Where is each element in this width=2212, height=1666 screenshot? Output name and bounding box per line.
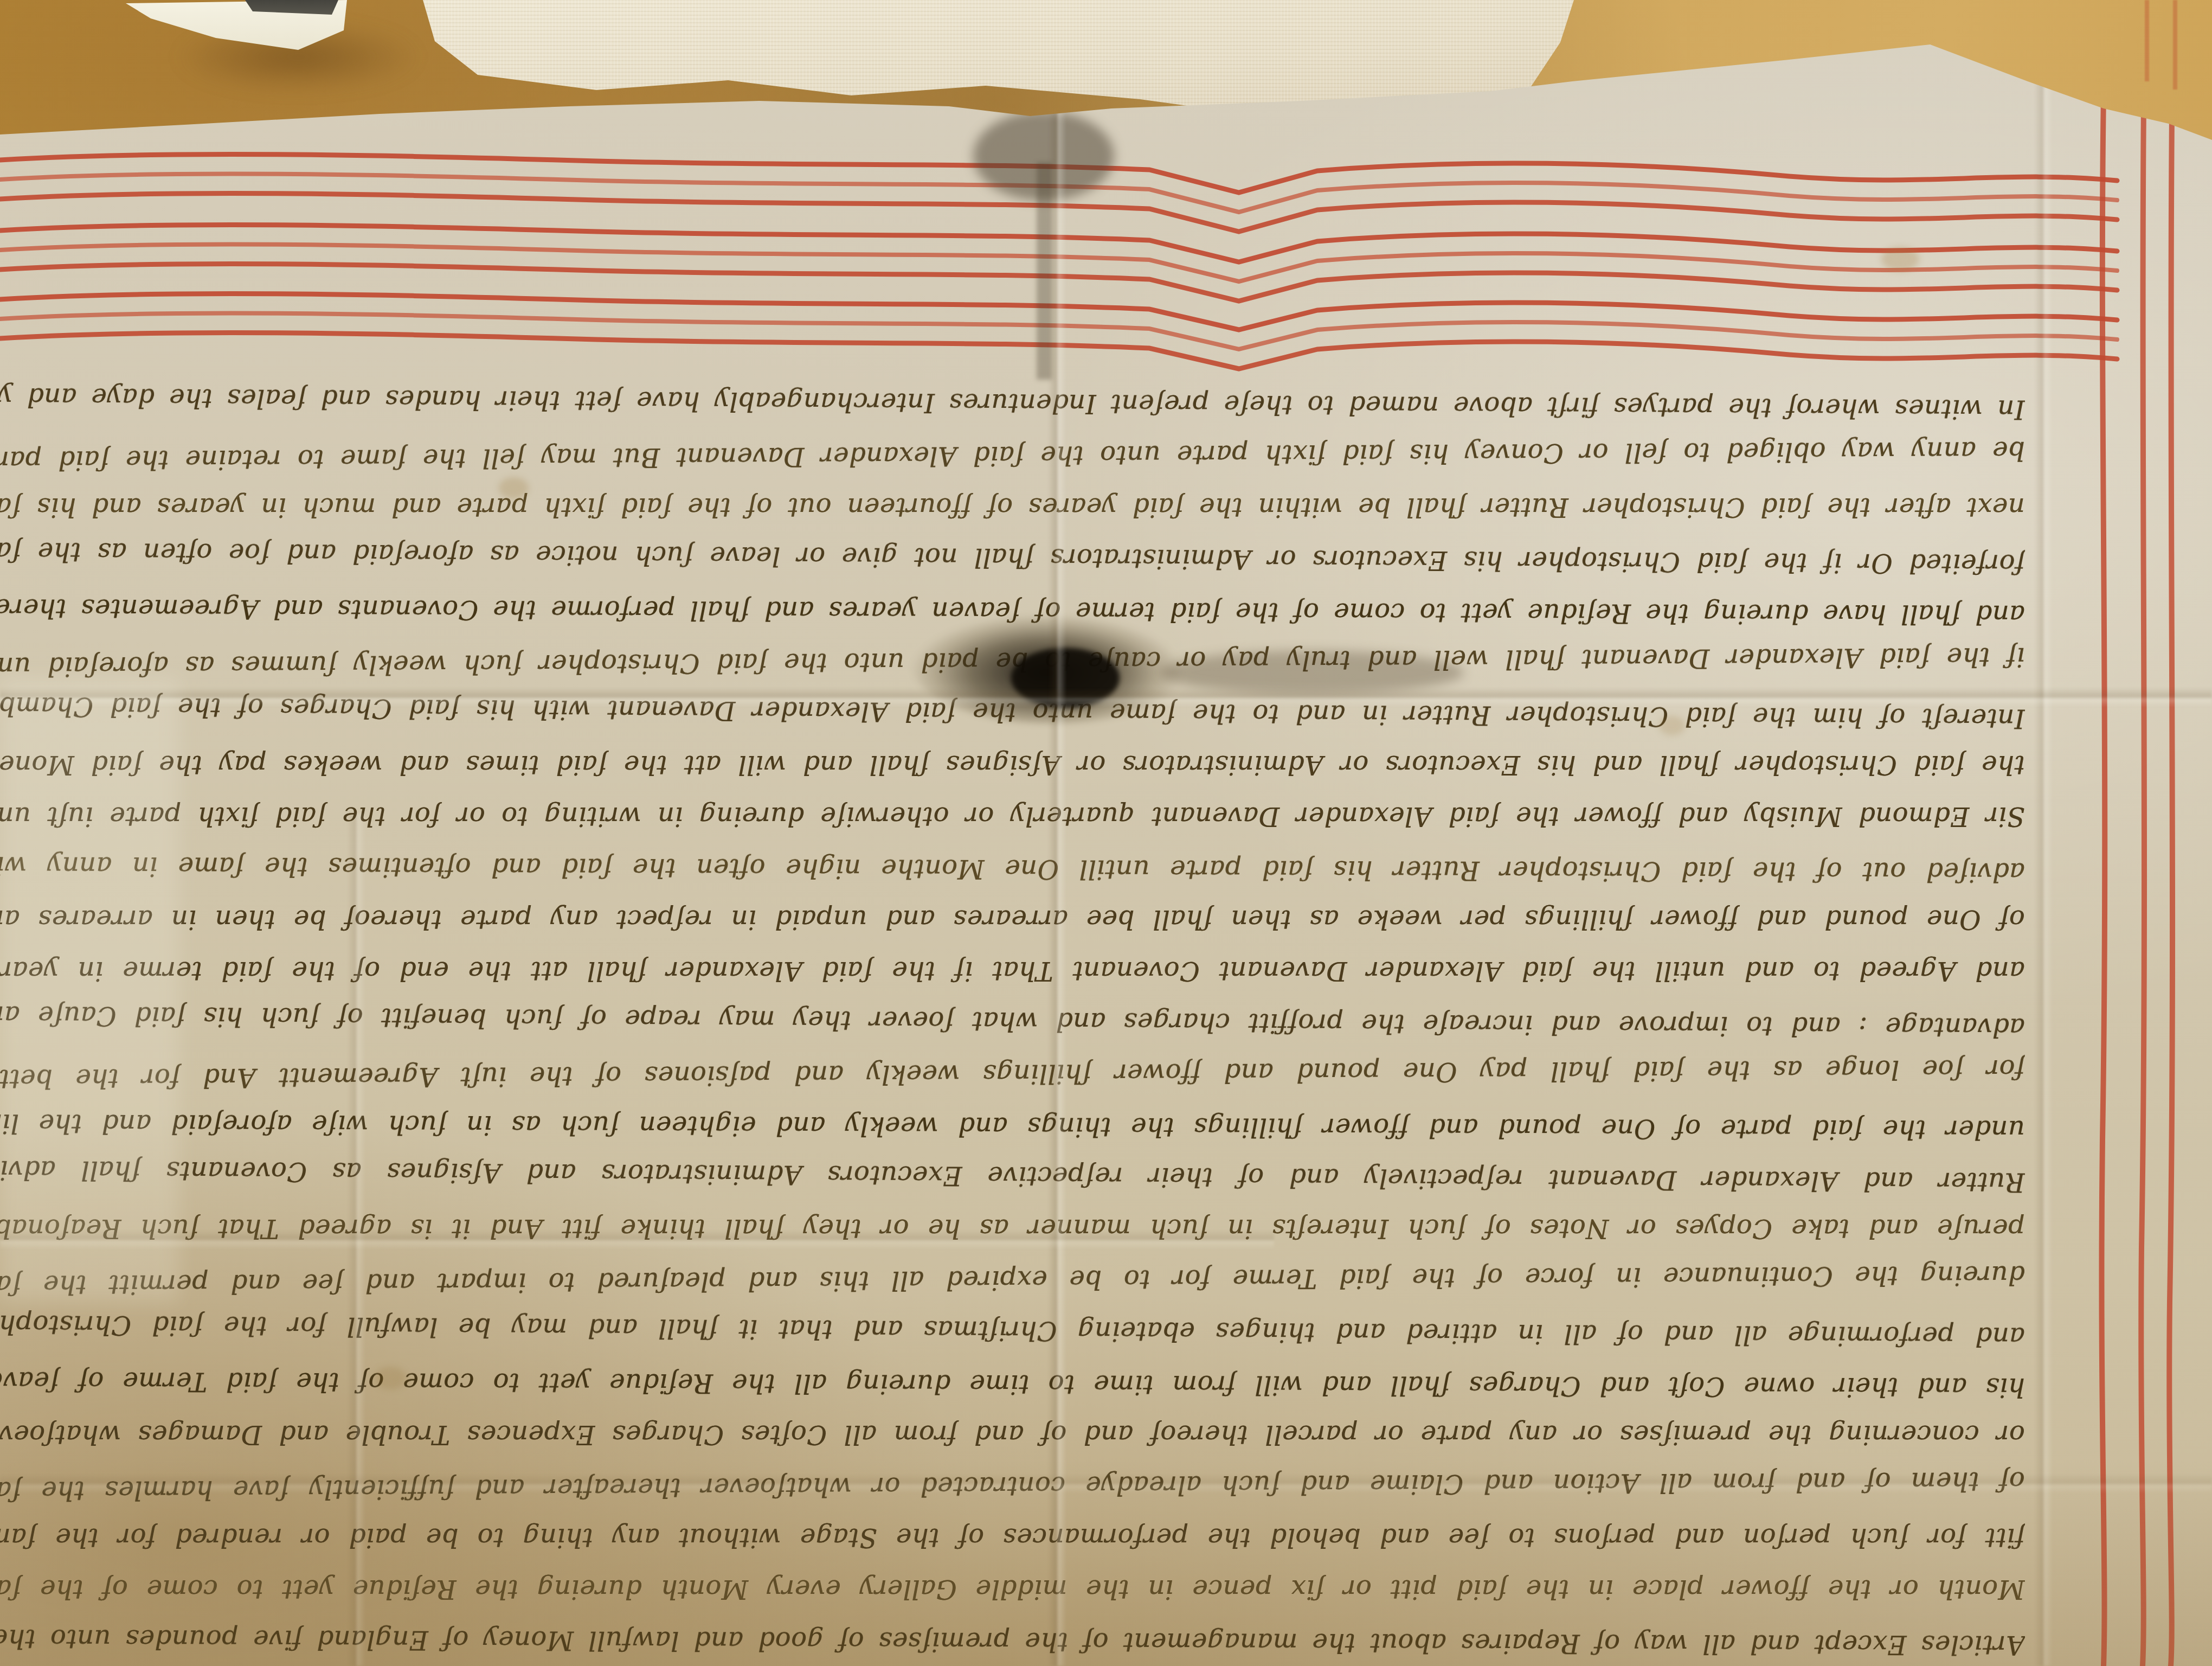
manuscript-line: adviſed out of the ſaid Christopher Rutt… xyxy=(0,840,2025,898)
foxing-spot xyxy=(374,1367,407,1389)
red-margin-line xyxy=(2101,95,2105,1666)
manuscript-line: and Agreed to and untill the ſaid Alexan… xyxy=(0,945,2025,996)
foxing-spot xyxy=(1881,247,1919,271)
manuscript-line: forfeited Or if the ſaid Christopher his… xyxy=(0,525,2025,589)
fold-crease-vertical xyxy=(1048,92,1066,1666)
manuscript-line: next after the ſaid Christopher Rutter ſ… xyxy=(0,481,2025,533)
manuscript-line: and performinge all and of all in attire… xyxy=(0,1298,2025,1362)
parchment-deed: In witnes wherof the partyes firſt above… xyxy=(0,0,2212,1666)
left-pale-band xyxy=(0,678,179,1302)
red-margin-line xyxy=(2141,108,2144,1666)
backing-red-rule xyxy=(2145,0,2149,81)
manuscript-photo: In witnes wherof the partyes firſt above… xyxy=(0,0,2212,1666)
fold-crease-vertical xyxy=(2034,49,2053,1666)
bottom-shadow xyxy=(0,1459,2212,1666)
red-margin-line xyxy=(2169,117,2172,1666)
manuscript-line: of One pound and ffower ſhillings per we… xyxy=(0,893,2025,945)
manuscript-line: or concerning the premiſses or any parte… xyxy=(0,1408,2025,1460)
foxing-spot xyxy=(1659,716,1685,735)
manuscript-line: the ſaid Christopher ſhall and his Execu… xyxy=(0,739,2025,790)
fold-crease-horizontal xyxy=(0,1230,1274,1249)
manuscript-line: advantage : and to improve and increaſe … xyxy=(0,989,2025,1053)
manuscript-line: Sir Edmond Muisby and ffower the ſaid Al… xyxy=(0,790,2025,842)
manuscript-line: be anny way obliged to ſell or Convey hi… xyxy=(0,425,2025,486)
foxing-spot xyxy=(499,477,529,499)
backing-red-rule xyxy=(2173,0,2177,89)
manuscript-line: In witnes wherof the partyes firſt above… xyxy=(0,370,2025,434)
manuscript-line: his and their owne Coſt and Charges ſhal… xyxy=(0,1355,2025,1413)
manuscript-line: for ſoe longe as the ſaid ſhall pay One … xyxy=(0,1043,2025,1105)
fold-crease-horizontal xyxy=(0,688,2212,707)
